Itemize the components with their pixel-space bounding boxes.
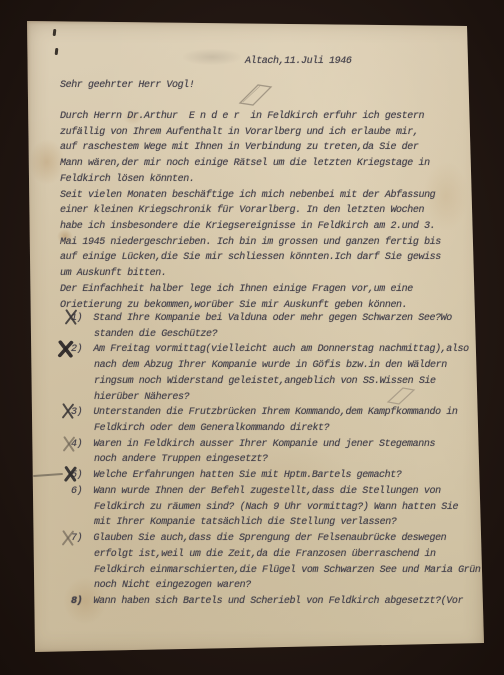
letter-content: Altach,11.Juli 1946 Sehr geehrter Herr V… [27,21,485,653]
letter-line: noch andere Truppen eingesetzt? [71,452,476,468]
question-number: 1) [71,313,82,324]
letter-body: Durch Herrn Dr.Arthur E n d e r in Feldk… [60,109,470,313]
letter-salutation: Sehr geehrter Herr Vogl! [60,78,194,94]
question-item: 8) Wann haben sich Bartels und Scheriebl… [71,594,476,610]
question-item: 5) Welche Erfahrungen hatten Sie mit Hpt… [71,468,476,484]
question-number: 3) [71,407,82,418]
letter-line: 3) Unterstanden die Frutzbrücken Ihrem K… [71,405,476,421]
letter-line: einer kleinen Kriegschronik für Vorarlbe… [60,203,470,219]
letter-line: Seit vielen Monaten beschäftige ich mich… [60,188,470,204]
question-item: 3) Unterstanden die Frutzbrücken Ihrem K… [71,405,476,436]
letter-line: Feldkirch oder dem Generalkommando direk… [71,421,476,437]
letter-line: standen die Geschütze? [71,327,476,343]
letter-line: auf einige Lücken,die Sie mir schliessen… [60,250,470,266]
letter-line: Feldkirch zu räumen sind? (Nach 9 Uhr vo… [71,500,476,516]
letter-line: um Auskunft bitten. [60,266,470,282]
photo-background: Altach,11.Juli 1946 Sehr geehrter Herr V… [0,0,504,675]
letter-line: Feldkirch lösen könnten. [60,172,470,188]
question-number: 6) [71,486,82,497]
letter-line: 1) Stand Ihre Kompanie bei Valduna oder … [71,311,476,327]
letter-line: erfolgt ist,weil um die Zeit,da die Fran… [71,547,476,563]
letter-line: hierüber Näheres? [71,390,476,406]
letter-line: 4) Waren in Feldkirch ausser Ihrer Kompa… [71,437,476,453]
letter-line: Durch Herrn Dr.Arthur E n d e r in Feldk… [60,109,470,125]
question-number: 7) [71,533,82,544]
question-number: 2) [71,344,82,355]
handwritten-dash [33,473,63,477]
question-item: 4) Waren in Feldkirch ausser Ihrer Kompa… [71,437,476,468]
question-number: 4) [71,439,82,450]
question-item: 1) Stand Ihre Kompanie bei Valduna oder … [71,311,476,342]
letter-questions: 1) Stand Ihre Kompanie bei Valduna oder … [71,311,476,610]
letter-line: Feldkirch einmarschierten,die Flügel vom… [71,563,476,579]
letter-line: habe ich insbesondere die Kriegsereignis… [60,219,470,235]
letter-line: 5) Welche Erfahrungen hatten Sie mit Hpt… [71,468,476,484]
letter-line: Mai 1945 niedergeschrieben. Ich bin im g… [60,235,470,251]
letter-line: 7) Glauben Sie auch,dass die Sprengung d… [71,531,476,547]
letter-line: 6) Wann wurde Ihnen der Befehl zugestell… [71,484,476,500]
letter-line: zufällig von Ihrem Aufenthalt in Vorarlb… [60,125,470,141]
letter-line: auf raschestem Wege mit Ihnen in Verbind… [60,140,470,156]
letter-line: Der Einfachheit halber lege ich Ihnen ei… [60,282,470,298]
letter-line: ringsum noch Widerstand geleistet,angebl… [71,374,476,390]
letter-dateline: Altach,11.Juli 1946 [245,54,351,70]
question-number: 5) [71,470,82,481]
letter-line: 2) Am Freitag vormittag(vielleicht auch … [71,342,476,358]
letter-line: nach dem Abzug Ihrer Kompanie wurde in G… [71,358,476,374]
question-item: 7) Glauben Sie auch,dass die Sprengung d… [71,531,476,594]
question-item: 6) Wann wurde Ihnen der Befehl zugestell… [71,484,476,531]
letter-line: Mann wären,der mir noch einige Rätsel um… [60,156,470,172]
letter-line: 8) Wann haben sich Bartels und Scheriebl… [71,594,476,610]
letter-page: Altach,11.Juli 1946 Sehr geehrter Herr V… [27,21,485,653]
question-number: 8) [71,596,82,607]
letter-line: mit Ihrer Kompanie tatsächlich die Stell… [71,515,476,531]
question-item: 2) Am Freitag vormittag(vielleicht auch … [71,342,476,405]
letter-line: noch Nicht eingezogen waren? [71,578,476,594]
